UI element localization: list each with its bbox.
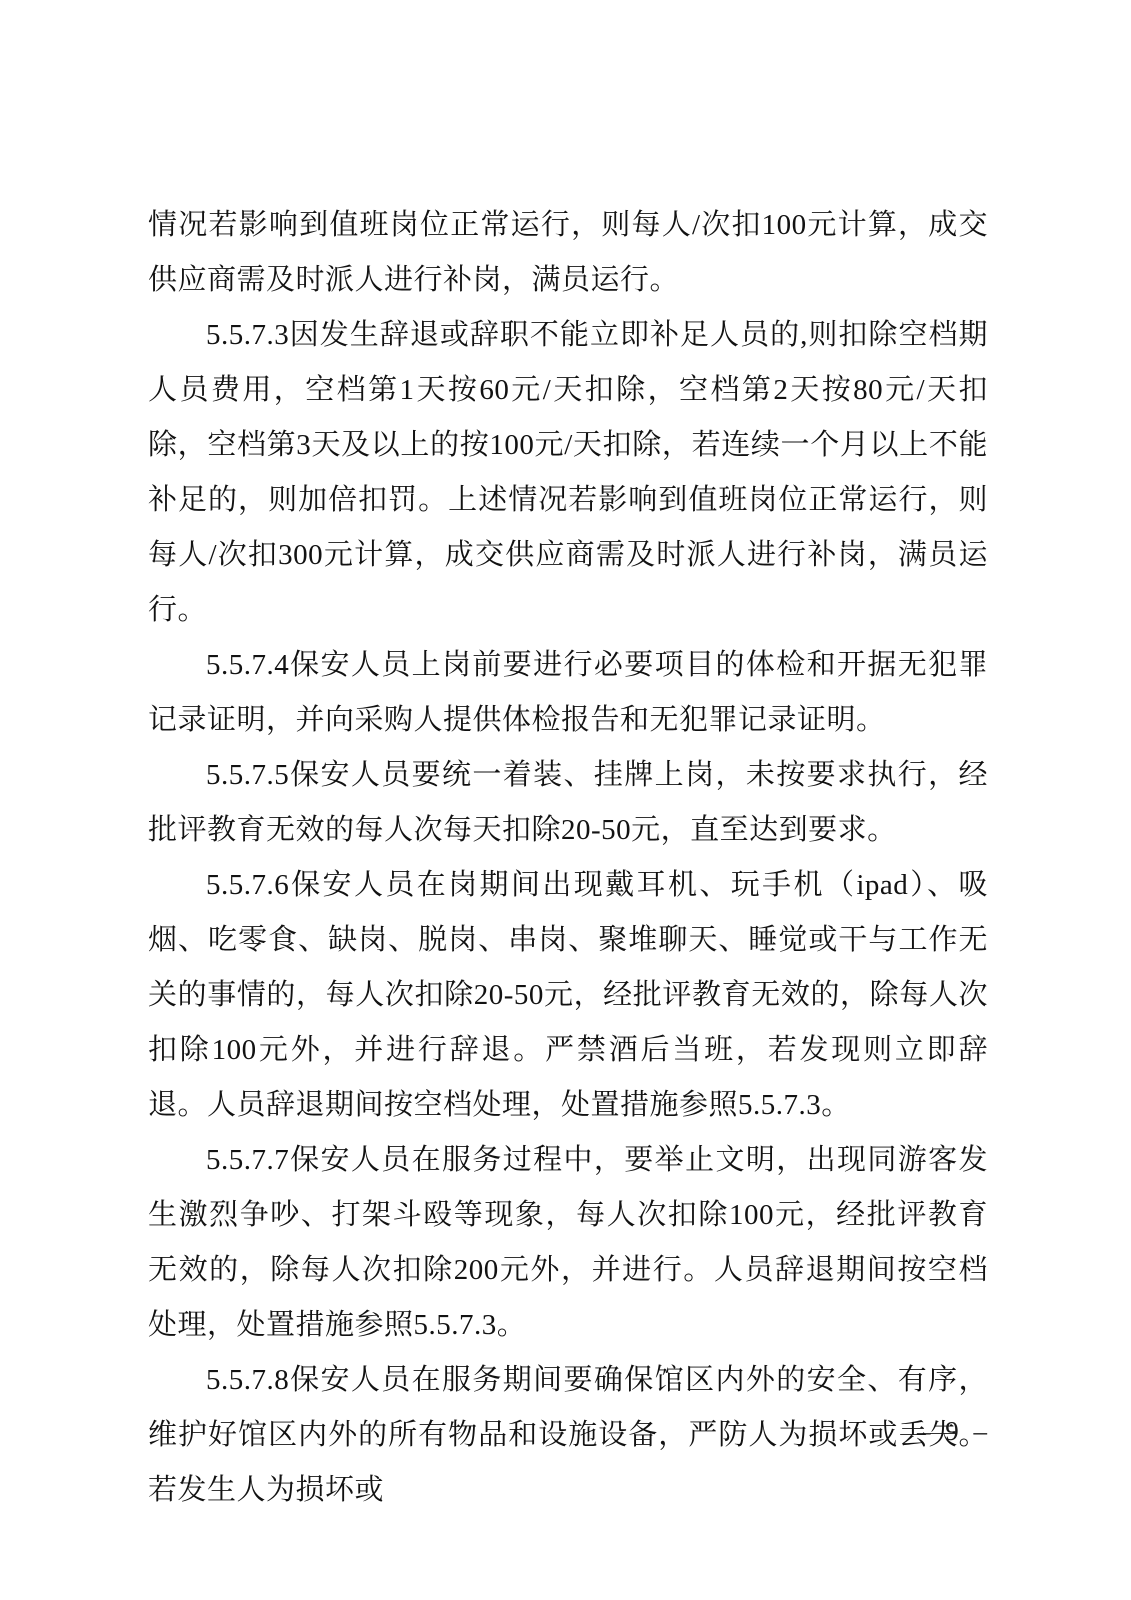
document-body: 情况若影响到值班岗位正常运行，则每人/次扣100元计算，成交供应商需及时派人进行… [148, 198, 988, 1518]
paragraph-clause-5-5-7-5: 5.5.7.5保安人员要统一着装、挂牌上岗，未按要求执行，经批评教育无效的每人次… [148, 748, 988, 858]
page-footer: – 9 – [917, 1416, 991, 1447]
page-number: – 9 – [917, 1416, 991, 1446]
paragraph-clause-5-5-7-4: 5.5.7.4保安人员上岗前要进行必要项目的体检和开据无犯罪记录证明，并向采购人… [148, 638, 988, 748]
paragraph-continuation: 情况若影响到值班岗位正常运行，则每人/次扣100元计算，成交供应商需及时派人进行… [148, 198, 988, 308]
paragraph-clause-5-5-7-7: 5.5.7.7保安人员在服务过程中，要举止文明，出现同游客发生激烈争吵、打架斗殴… [148, 1133, 988, 1353]
paragraph-clause-5-5-7-6: 5.5.7.6保安人员在岗期间出现戴耳机、玩手机（ipad）、吸烟、吃零食、缺岗… [148, 858, 988, 1133]
document-page: 情况若影响到值班岗位正常运行，则每人/次扣100元计算，成交供应商需及时派人进行… [0, 0, 1131, 1600]
paragraph-clause-5-5-7-3: 5.5.7.3因发生辞退或辞职不能立即补足人员的,则扣除空档期人员费用，空档第1… [148, 308, 988, 638]
paragraph-clause-5-5-7-8: 5.5.7.8保安人员在服务期间要确保馆区内外的安全、有序，维护好馆区内外的所有… [148, 1353, 988, 1518]
